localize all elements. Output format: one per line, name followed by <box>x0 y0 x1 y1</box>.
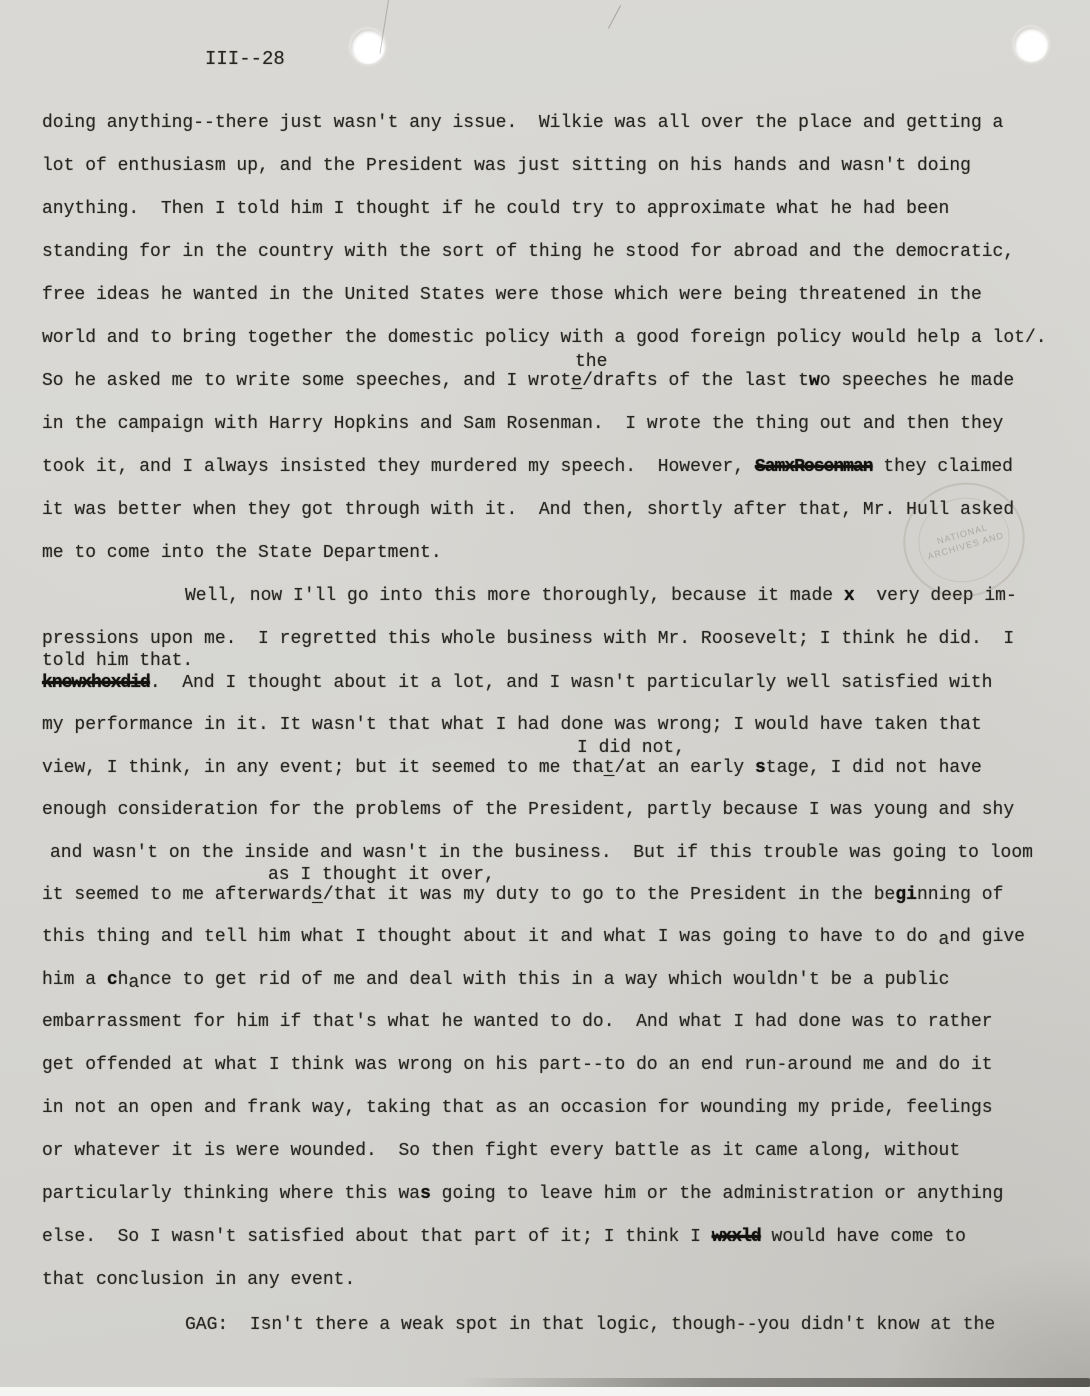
text-segment: free ideas he wanted in the United State… <box>42 285 982 305</box>
text-segment: nning of <box>917 885 1003 905</box>
text-segment: w <box>809 371 820 391</box>
text-segment: very deep im- <box>855 586 1017 606</box>
hole-punch-left <box>351 29 385 64</box>
text-line: knewxhexdid. And I thought about it a lo… <box>42 672 992 694</box>
text-segment: s <box>755 758 766 778</box>
text-segment: took it, and I always insisted they murd… <box>42 457 755 477</box>
text-segment: h <box>118 970 129 990</box>
text-line: it was better when they got through with… <box>42 499 1014 521</box>
text-line: world and to bring together the domestic… <box>42 327 1047 349</box>
text-segment: in not an open and frank way, taking tha… <box>42 1098 993 1118</box>
text-line: this thing and tell him what I thought a… <box>42 926 1025 948</box>
text-segment: that conclusion in any event. <box>42 1270 355 1290</box>
text-segment: a <box>128 973 139 993</box>
text-line: me to come into the State Department. <box>42 542 442 564</box>
text-segment: /at an early <box>615 758 755 778</box>
text-line: enough consideration for the problems of… <box>42 799 1014 821</box>
text-segment: . And I thought about it a lot, and I wa… <box>150 673 993 693</box>
text-line: in the campaign with Harry Hopkins and S… <box>42 413 1003 435</box>
text-line: anything. Then I told him I thought if h… <box>42 198 949 220</box>
text-segment: the <box>575 352 607 372</box>
text-segment: tage, I did not have <box>766 758 982 778</box>
text-segment: him a <box>42 970 107 990</box>
text-segment: or whatever it is were wounded. So then … <box>42 1141 960 1161</box>
text-segment: me to come into the State Department. <box>42 543 442 563</box>
text-segment: anything. Then I told him I thought if h… <box>42 199 949 219</box>
text-line: it seemed to me afterwards/that it was m… <box>42 884 1003 906</box>
scan-edge-smudge <box>460 1378 1090 1387</box>
text-segment: told him that. <box>42 651 193 671</box>
text-segment: in the campaign with Harry Hopkins and S… <box>42 414 1003 434</box>
struck-out-text: knewxhexdid <box>42 673 150 693</box>
text-segment: pressions upon me. I regretted this whol… <box>42 629 1014 649</box>
text-segment: world and to bring together the domestic… <box>42 328 1047 348</box>
text-segment: view, I think, in any event; but it seem… <box>42 758 604 778</box>
text-segment: embarrassment for him if that's what he … <box>42 1012 993 1032</box>
text-segment: s <box>420 1184 431 1204</box>
text-segment: doing anything--there just wasn't any is… <box>42 113 1003 133</box>
text-segment: s <box>312 885 323 905</box>
text-segment: it seemed to me afterward <box>42 885 312 905</box>
stray-mark <box>608 5 621 28</box>
text-segment: Well, now I'll go into this more thoroug… <box>185 586 844 606</box>
text-segment: as I thought it over, <box>268 865 495 885</box>
text-segment: I did not, <box>577 738 685 758</box>
text-segment: standing for in the country with the sor… <box>42 242 1014 262</box>
text-line: GAG: Isn't there a weak spot in that log… <box>185 1314 995 1336</box>
struck-out-text: SamxRosenman <box>755 457 873 477</box>
text-line: that conclusion in any event. <box>42 1269 355 1291</box>
text-line: or whatever it is were wounded. So then … <box>42 1140 960 1162</box>
struck-out-text: wxxld <box>712 1227 761 1247</box>
text-segment: going to leave him or the administration… <box>431 1184 1004 1204</box>
text-segment: /that it was my duty to go to the Presid… <box>323 885 896 905</box>
text-line: embarrassment for him if that's what he … <box>42 1011 993 1033</box>
inserted-line: told him that. <box>42 650 193 672</box>
text-segment: GAG: Isn't there a weak spot in that log… <box>185 1315 995 1335</box>
scan-edge-strip <box>0 1387 1090 1396</box>
text-segment: t <box>604 758 615 778</box>
text-segment: nd give <box>949 927 1025 947</box>
text-line: Well, now I'll go into this more thoroug… <box>185 585 1017 607</box>
text-segment: they claimed <box>873 457 1013 477</box>
text-segment: c <box>107 970 118 990</box>
text-segment: and wasn't on the inside and wasn't in t… <box>50 843 1033 863</box>
text-line: So he asked me to write some speeches, a… <box>42 370 1014 392</box>
text-segment: e <box>571 371 582 391</box>
text-segment: lot of enthusiasm up, and the President … <box>42 156 971 176</box>
text-segment: a <box>939 930 950 950</box>
text-segment: else. So I wasn't satisfied about that p… <box>42 1227 712 1247</box>
text-line: lot of enthusiasm up, and the President … <box>42 155 971 177</box>
text-line: standing for in the country with the sor… <box>42 241 1014 263</box>
text-segment: enough consideration for the problems of… <box>42 800 1014 820</box>
text-segment: nce to get rid of me and deal with this … <box>139 970 949 990</box>
text-segment: particularly thinking where this wa <box>42 1184 420 1204</box>
text-segment: would have come to <box>761 1227 966 1247</box>
text-line: particularly thinking where this was goi… <box>42 1183 1003 1205</box>
text-segment: this thing and tell him what I thought a… <box>42 927 939 947</box>
text-segment: /drafts of the last t <box>582 371 809 391</box>
text-segment: o speeches he made <box>820 371 1014 391</box>
text-line: else. So I wasn't satisfied about that p… <box>42 1226 966 1248</box>
text-line: doing anything--there just wasn't any is… <box>42 112 1003 134</box>
text-line: took it, and I always insisted they murd… <box>42 456 1013 478</box>
text-line: and wasn't on the inside and wasn't in t… <box>50 842 1033 864</box>
document-page: III--28 NATIONAL ARCHIVES AND doing anyt… <box>0 0 1090 1396</box>
text-line: pressions upon me. I regretted this whol… <box>42 628 1014 650</box>
text-segment: get offended at what I think was wrong o… <box>42 1055 993 1075</box>
text-segment: gi <box>895 885 917 905</box>
text-segment: my performance in it. It wasn't that wha… <box>42 715 982 735</box>
text-line: him a chance to get rid of me and deal w… <box>42 969 949 991</box>
text-line: free ideas he wanted in the United State… <box>42 284 982 306</box>
text-line: get offended at what I think was wrong o… <box>42 1054 993 1076</box>
hole-punch-right <box>1014 27 1048 62</box>
text-line: my performance in it. It wasn't that wha… <box>42 714 982 736</box>
text-segment: So he asked me to write some speeches, a… <box>42 371 571 391</box>
page-number: III--28 <box>205 48 285 70</box>
text-line: in not an open and frank way, taking tha… <box>42 1097 993 1119</box>
inserted-phrase: I did not, <box>577 737 685 759</box>
text-segment: it was better when they got through with… <box>42 500 1014 520</box>
inserted-phrase: as I thought it over, <box>268 864 495 886</box>
text-line: view, I think, in any event; but it seem… <box>42 757 982 779</box>
text-segment: x <box>844 586 855 606</box>
